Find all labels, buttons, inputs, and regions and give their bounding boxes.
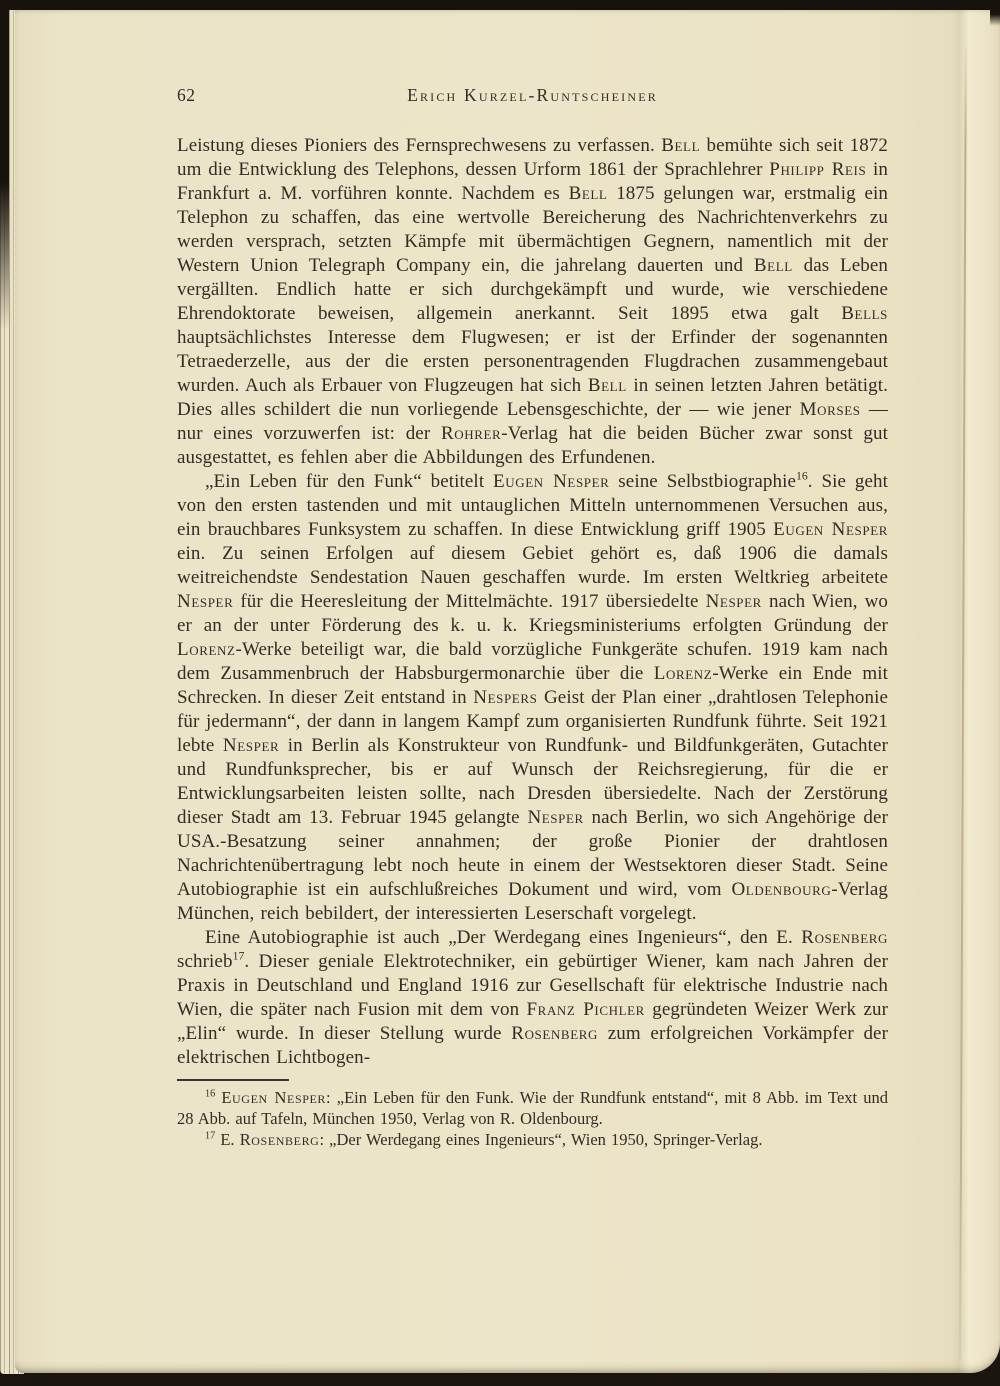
smallcaps-name: Rosenberg (511, 1023, 598, 1044)
smallcaps-name: Rosenberg (801, 927, 888, 948)
smallcaps-name: Rohrer (441, 423, 501, 444)
footnote-reference: 16 (205, 1089, 215, 1100)
book-cover-left (0, 0, 9, 330)
book-cover-top (0, 0, 1000, 10)
paragraph: Leistung dieses Pioniers des Fernsprechw… (177, 134, 888, 470)
footnote-reference: 16 (796, 470, 808, 483)
smallcaps-name: Eugen Nesper (493, 471, 609, 492)
smallcaps-name: Bell (588, 375, 627, 396)
smallcaps-name: Lorenz (177, 639, 236, 660)
footnote-reference: 17 (233, 950, 245, 963)
smallcaps-name: Philipp Reis (769, 159, 866, 180)
gutter-crease (959, 37, 967, 1361)
footnote: 16 Eugen Nesper: „Ein Leben für den Funk… (177, 1087, 888, 1129)
page-content: 62 Erich Kurzel-Runtscheiner Leistung di… (177, 9, 888, 1150)
book-cover-right (990, 0, 1000, 26)
gutter-shade (890, 9, 1000, 1373)
book-spread: 62 Erich Kurzel-Runtscheiner Leistung di… (0, 0, 1000, 1386)
smallcaps-name: Rosenberg (240, 1130, 320, 1149)
smallcaps-name: Oldenbourg (731, 879, 831, 900)
footnote: 17 E. Rosenberg: „Der Werdegang eines In… (177, 1129, 888, 1150)
smallcaps-name: Bells (841, 303, 888, 324)
book-page: 62 Erich Kurzel-Runtscheiner Leistung di… (15, 9, 1000, 1373)
footnote-reference: 17 (205, 1131, 215, 1142)
paragraph: „Ein Leben für den Funk“ betitelt Eugen … (177, 470, 888, 926)
running-header-title: Erich Kurzel-Runtscheiner (177, 85, 888, 106)
footnotes: 16 Eugen Nesper: „Ein Leben für den Funk… (177, 1087, 888, 1150)
smallcaps-name: Bell (569, 183, 608, 204)
smallcaps-name: Nesper (706, 591, 762, 612)
paragraph: Eine Autobiographie ist auch „Der Werdeg… (177, 926, 888, 1070)
smallcaps-name: Nespers (473, 687, 537, 708)
smallcaps-name: Morses (800, 399, 861, 420)
smallcaps-name: Bell (661, 135, 700, 156)
smallcaps-name: Nesper (177, 591, 233, 612)
smallcaps-name: Eugen Nesper (221, 1088, 326, 1107)
smallcaps-name: Nesper (223, 735, 279, 756)
smallcaps-name: Bell (754, 255, 793, 276)
running-head: 62 Erich Kurzel-Runtscheiner (177, 85, 888, 109)
smallcaps-name: Franz Pichler (527, 999, 645, 1020)
footnote-rule (177, 1079, 289, 1081)
smallcaps-name: Eugen Nesper (773, 519, 888, 540)
smallcaps-name: Lorenz (654, 663, 713, 684)
body-text: Leistung dieses Pioniers des Fernsprechw… (177, 134, 888, 1070)
smallcaps-name: Nesper (527, 807, 583, 828)
page-number: 62 (177, 85, 196, 106)
